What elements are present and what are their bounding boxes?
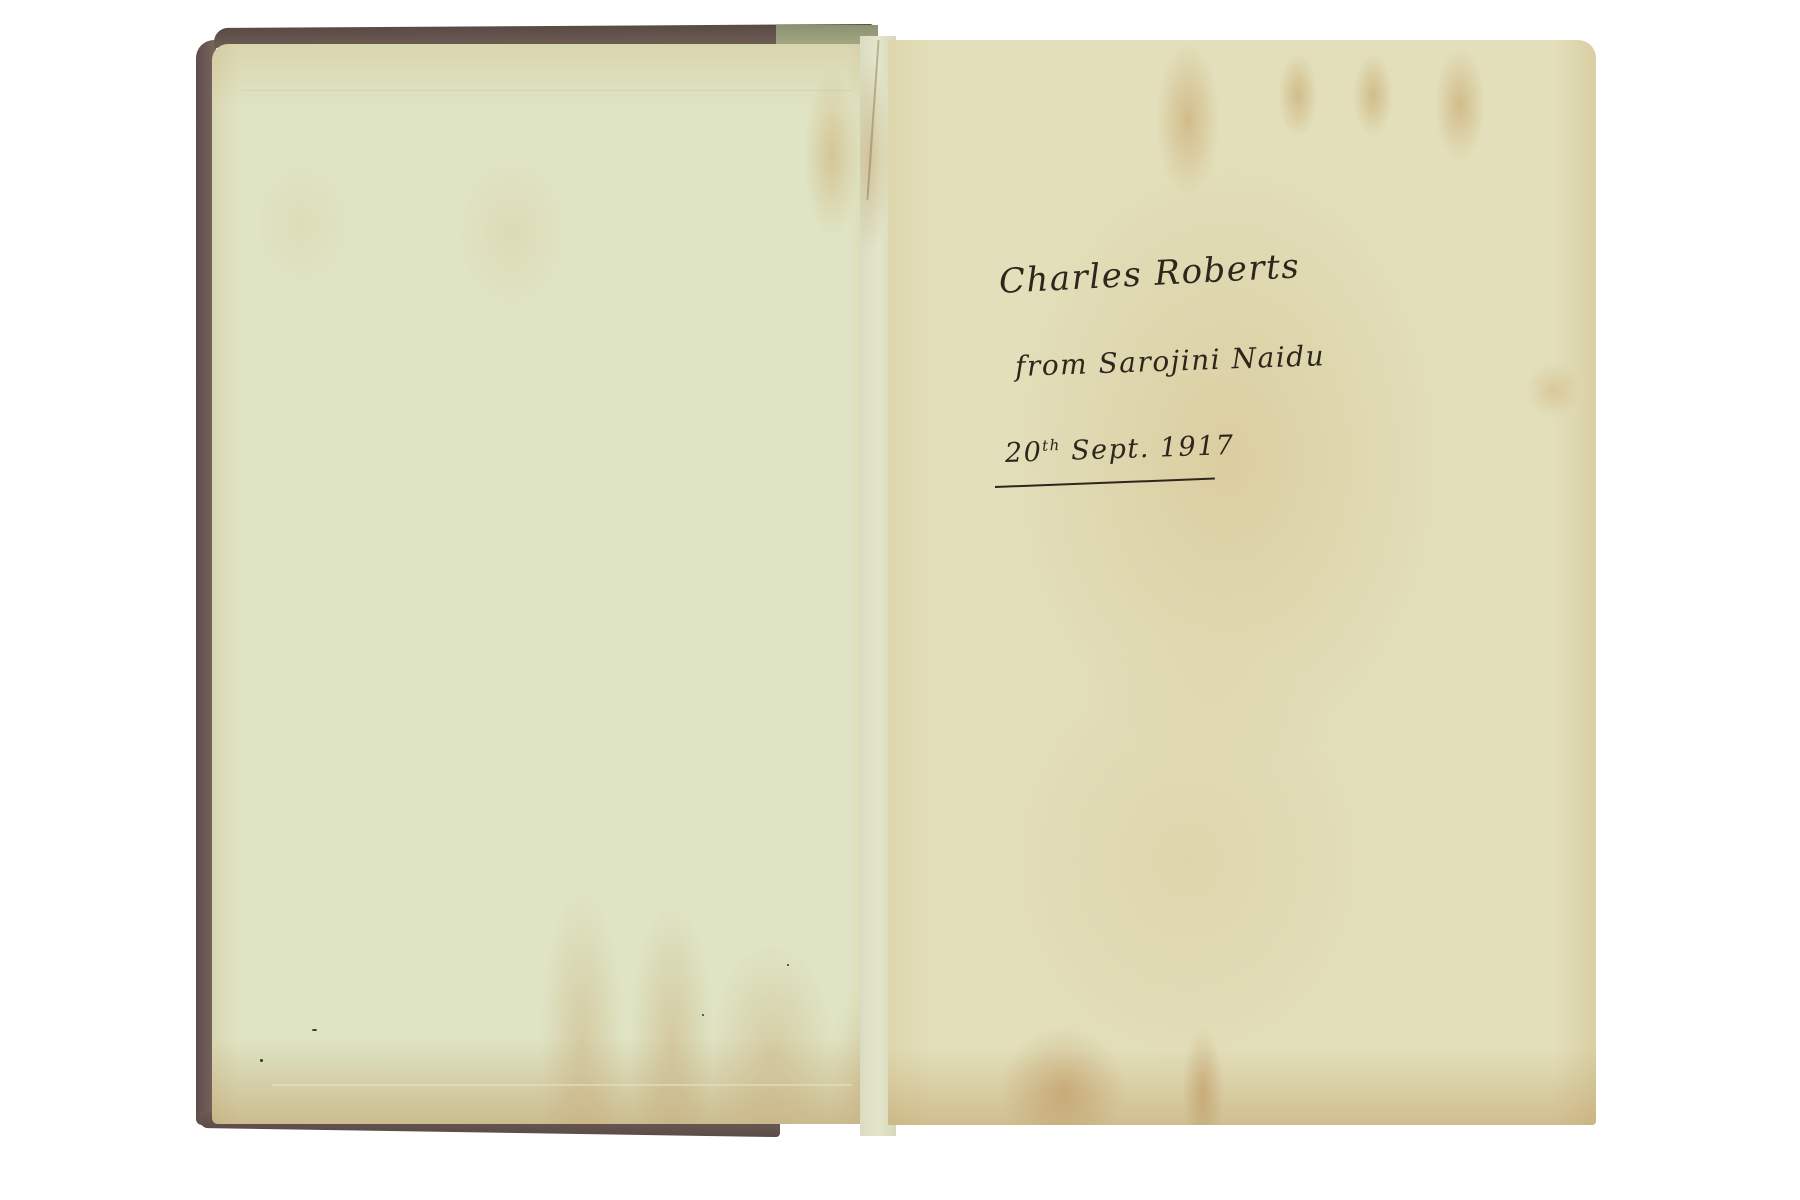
paper-speck	[260, 1059, 263, 1062]
paper-speck	[787, 964, 789, 966]
date-day: 20	[1004, 437, 1042, 469]
right-page-flyleaf	[888, 40, 1596, 1125]
paper-speck	[312, 1029, 317, 1031]
date-ordinal-suffix: th	[1042, 436, 1061, 455]
date-month-year: Sept. 1917	[1071, 430, 1235, 467]
left-page-pastedown	[212, 44, 872, 1124]
photo-canvas: Charles Roberts from Sarojini Naidu 20th…	[0, 0, 1800, 1200]
page-fold-line-top	[242, 90, 852, 91]
page-fold-line-bottom	[272, 1084, 852, 1086]
paper-speck	[702, 1014, 704, 1016]
